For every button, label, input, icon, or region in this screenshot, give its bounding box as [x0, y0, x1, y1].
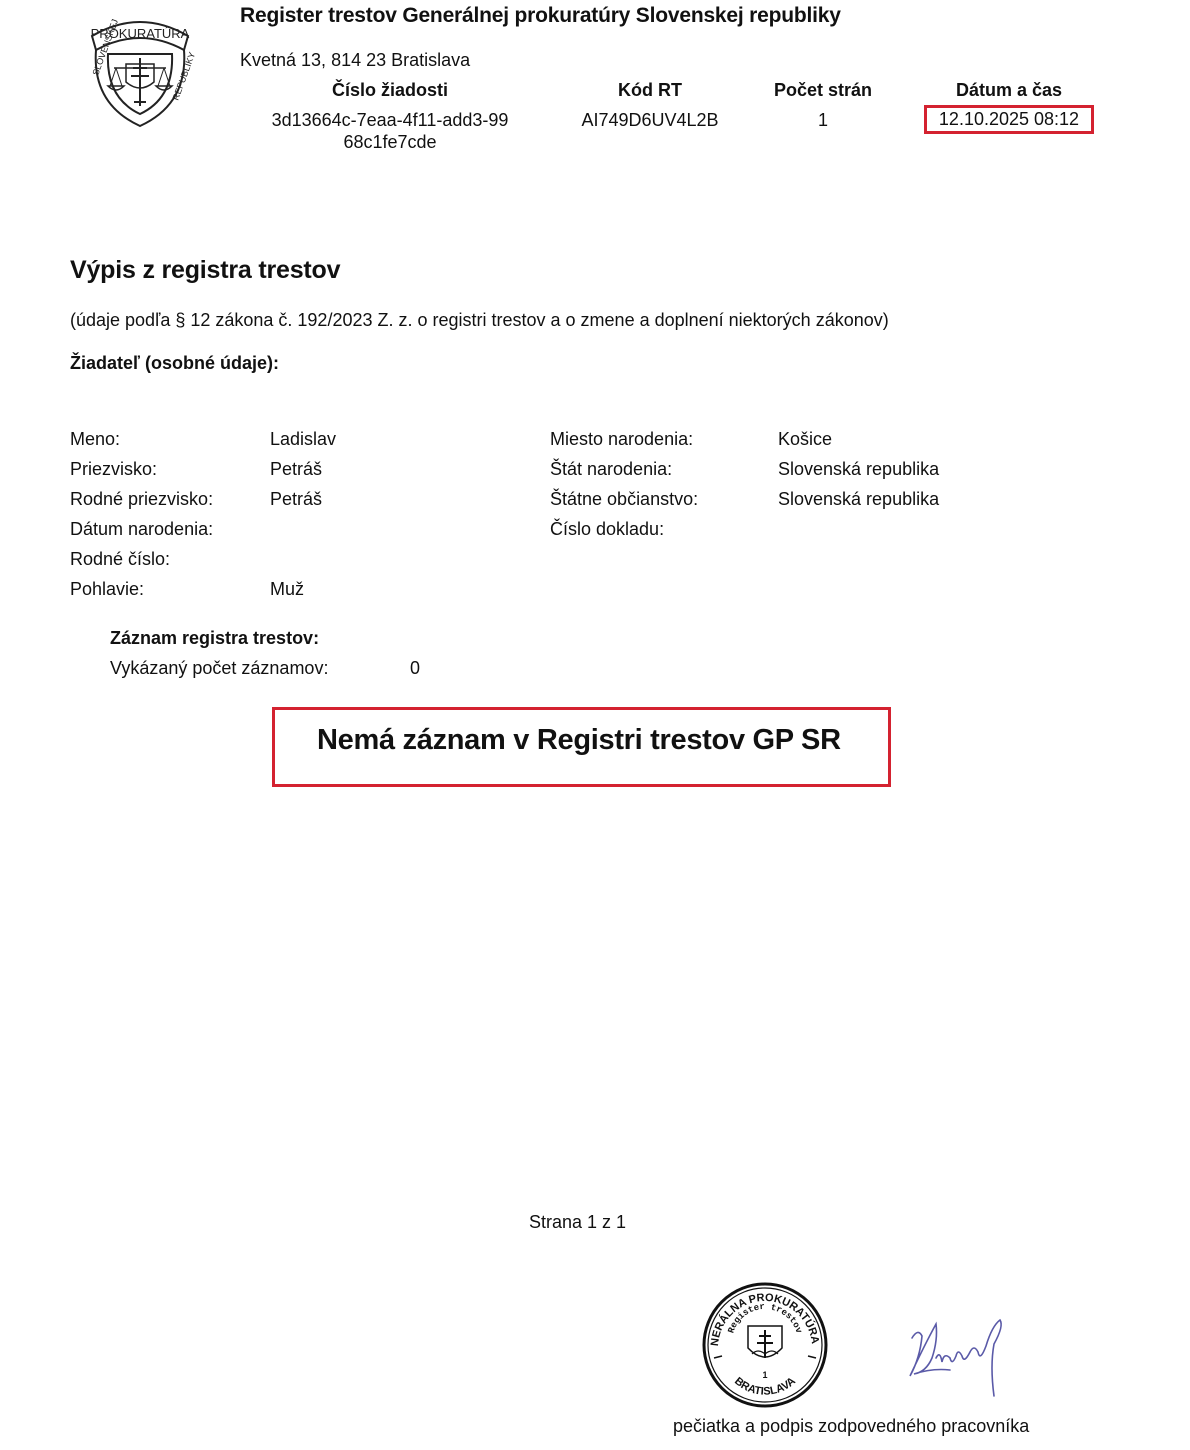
field-label: Rodné číslo:	[70, 544, 170, 574]
field-value: Muž	[270, 574, 304, 604]
legal-note: (údaje podľa § 12 zákona č. 192/2023 Z. …	[70, 310, 889, 331]
applicant-heading: Žiadateľ (osobné údaje):	[70, 353, 279, 374]
organization-title: Register trestov Generálnej prokuratúry …	[240, 4, 841, 28]
field-value: Ladislav	[270, 424, 336, 454]
field-value: Petráš	[270, 454, 322, 484]
field-value: Petráš	[270, 484, 322, 514]
record-result-box: Nemá záznam v Registri trestov GP SR	[272, 707, 891, 787]
date-time-label: Dátum a čas	[916, 80, 1102, 101]
field-label: Štát narodenia:	[550, 454, 672, 484]
organization-address: Kvetná 13, 814 23 Bratislava	[240, 50, 470, 71]
record-count-value: 0	[410, 658, 420, 679]
signature-caption: pečiatka a podpis zodpovedného pracovník…	[673, 1416, 1029, 1437]
field-label: Číslo dokladu:	[550, 514, 664, 544]
field-label: Dátum narodenia:	[70, 514, 213, 544]
field-value: Slovenská republika	[778, 454, 939, 484]
field-value: Slovenská republika	[778, 484, 939, 514]
rt-code-label: Kód RT	[560, 80, 740, 101]
rt-code-value: AI749D6UV4L2B	[560, 109, 740, 131]
field-label: Rodné priezvisko:	[70, 484, 213, 514]
date-time-column: Dátum a čas 12.10.2025 08:12	[916, 80, 1102, 134]
request-number-value: 3d13664c-7eaa-4f11-add3-9968c1fe7cde	[250, 109, 530, 153]
field-label: Štátne občianstvo:	[550, 484, 698, 514]
rt-code-column: Kód RT AI749D6UV4L2B	[560, 80, 740, 131]
signature-icon	[900, 1310, 1040, 1410]
record-heading: Záznam registra trestov:	[110, 628, 319, 649]
date-time-highlight: 12.10.2025 08:12	[924, 105, 1094, 134]
field-value: Košice	[778, 424, 832, 454]
document-title: Výpis z registra trestov	[70, 256, 340, 285]
record-result-text: Nemá záznam v Registri trestov GP SR	[317, 724, 841, 757]
page-number: Strana 1 z 1	[529, 1212, 626, 1233]
svg-text:1: 1	[762, 1370, 767, 1380]
official-stamp-icon: GENERÁLNA PROKURATÚRA SR Register tresto…	[700, 1280, 830, 1410]
page-count-column: Počet strán 1	[748, 80, 898, 131]
field-label: Meno:	[70, 424, 120, 454]
page-count-value: 1	[748, 109, 898, 131]
request-number-label: Číslo žiadosti	[250, 80, 530, 101]
field-label: Priezvisko:	[70, 454, 157, 484]
prosecutor-office-seal-icon: PROKURATÚRA SLOVENSKEJ REPUBLIKY	[78, 6, 202, 130]
field-label: Pohlavie:	[70, 574, 144, 604]
field-label: Miesto narodenia:	[550, 424, 693, 454]
record-count-label: Vykázaný počet záznamov:	[110, 658, 328, 679]
page-count-label: Počet strán	[748, 80, 898, 101]
request-number-column: Číslo žiadosti 3d13664c-7eaa-4f11-add3-9…	[250, 80, 530, 153]
date-time-value: 12.10.2025 08:12	[939, 109, 1079, 129]
